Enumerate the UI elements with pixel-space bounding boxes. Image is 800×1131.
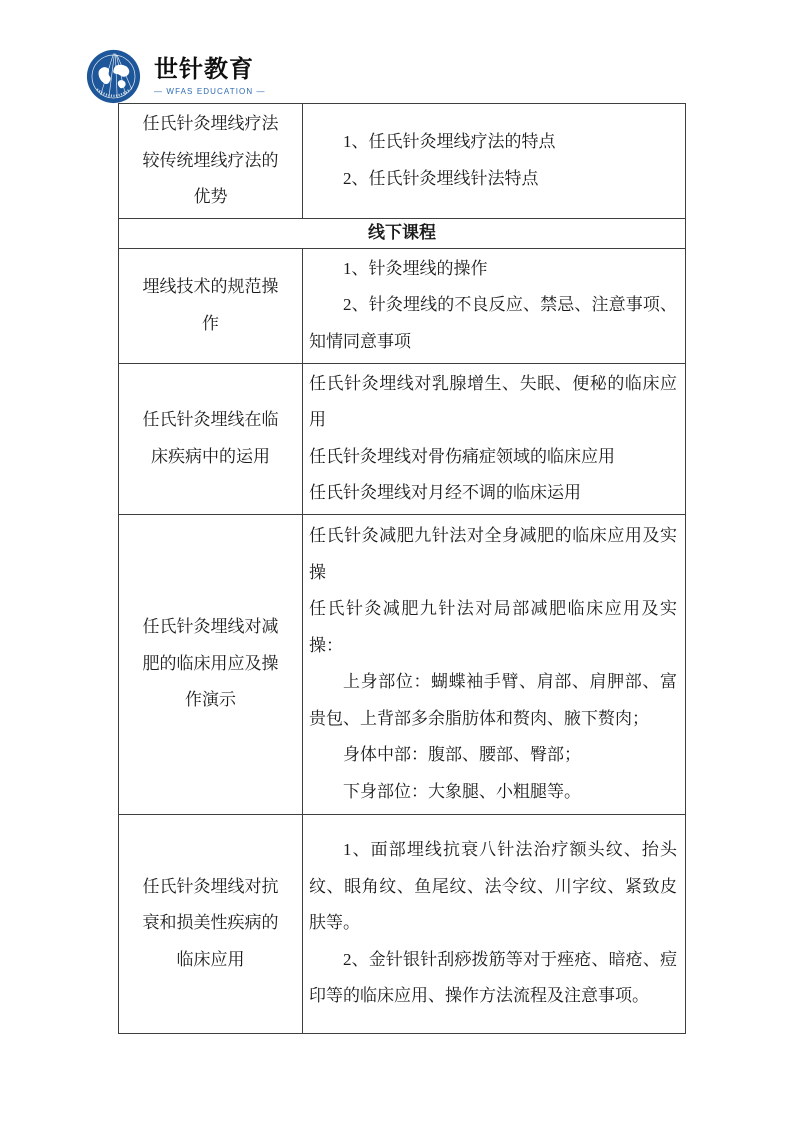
content-cell: 任氏针灸埋线对乳腺增生、失眠、便秘的临床应用 任氏针灸埋线对骨伤痛症领域的临床应… bbox=[303, 363, 686, 514]
content-item: 任氏针灸减肥九针法对局部减肥临床应用及实操： bbox=[309, 591, 677, 664]
content-item: 任氏针灸减肥九针法对全身减肥的临床应用及实操 bbox=[309, 518, 677, 591]
content-item: 上身部位：蝴蝶袖手臂、肩部、肩胛部、富贵包、上背部多余脂肪体和赘肉、腋下赘肉； bbox=[309, 664, 677, 737]
table-row-section-header: 线下课程 bbox=[119, 218, 686, 248]
table-row-standard-operation: 埋线技术的规范操作 1、针灸埋线的操作 2、针灸埋线的不良反应、禁忌、注意事项、… bbox=[119, 248, 686, 363]
logo-text: 世针教育 — WFAS EDUCATION — bbox=[154, 49, 266, 96]
content-cell: 任氏针灸减肥九针法对全身减肥的临床应用及实操 任氏针灸减肥九针法对局部减肥临床应… bbox=[303, 514, 686, 814]
content-item: 任氏针灸埋线对骨伤痛症领域的临床应用 bbox=[309, 439, 677, 476]
content-item: 任氏针灸埋线对月经不调的临床运用 bbox=[309, 475, 677, 512]
topic-cell: 任氏针灸埋线对抗衰和损美性疾病的临床应用 bbox=[119, 814, 303, 1033]
course-table: 任氏针灸埋线疗法较传统埋线疗法的优势 1、任氏针灸埋线疗法的特点 2、任氏针灸埋… bbox=[118, 103, 686, 1034]
content-item: 任氏针灸埋线对乳腺增生、失眠、便秘的临床应用 bbox=[309, 366, 677, 439]
topic-cell: 任氏针灸埋线疗法较传统埋线疗法的优势 bbox=[119, 104, 303, 219]
content-cell: 1、面部埋线抗衰八针法治疗额头纹、抬头纹、眼角纹、鱼尾纹、法令纹、川字纹、紧致皮… bbox=[303, 814, 686, 1033]
content-item: 1、面部埋线抗衰八针法治疗额头纹、抬头纹、眼角纹、鱼尾纹、法令纹、川字纹、紧致皮… bbox=[309, 832, 677, 942]
content-item: 1、任氏针灸埋线疗法的特点 bbox=[309, 124, 677, 161]
content-item: 2、任氏针灸埋线针法特点 bbox=[309, 161, 677, 198]
document-page: 世针教育 — WFAS EDUCATION — 任氏针灸埋线疗法较传统埋线疗法的… bbox=[0, 0, 800, 1131]
topic-cell: 任氏针灸埋线在临床疾病中的运用 bbox=[119, 363, 303, 514]
logo-subtitle: — WFAS EDUCATION — bbox=[154, 87, 266, 96]
content-cell: 1、任氏针灸埋线疗法的特点 2、任氏针灸埋线针法特点 bbox=[303, 104, 686, 219]
table-row-anti-aging: 任氏针灸埋线对抗衰和损美性疾病的临床应用 1、面部埋线抗衰八针法治疗额头纹、抬头… bbox=[119, 814, 686, 1033]
logo: 世针教育 — WFAS EDUCATION — bbox=[86, 49, 266, 104]
topic-cell: 任氏针灸埋线对减肥的临床用应及操作演示 bbox=[119, 514, 303, 814]
logo-title: 世针教育 bbox=[154, 56, 266, 84]
content-item: 2、金针银针刮痧拨筋等对于痤疮、暗疮、痘印等的临床应用、操作方法流程及注意事项。 bbox=[309, 942, 677, 1015]
content-item: 1、针灸埋线的操作 bbox=[309, 251, 677, 288]
table-row-weight-loss: 任氏针灸埋线对减肥的临床用应及操作演示 任氏针灸减肥九针法对全身减肥的临床应用及… bbox=[119, 514, 686, 814]
topic-cell: 埋线技术的规范操作 bbox=[119, 248, 303, 363]
wfas-globe-icon bbox=[86, 49, 141, 104]
table-row-advantages: 任氏针灸埋线疗法较传统埋线疗法的优势 1、任氏针灸埋线疗法的特点 2、任氏针灸埋… bbox=[119, 104, 686, 219]
content-item: 2、针灸埋线的不良反应、禁忌、注意事项、知情同意事项 bbox=[309, 287, 677, 360]
content-cell: 1、针灸埋线的操作 2、针灸埋线的不良反应、禁忌、注意事项、知情同意事项 bbox=[303, 248, 686, 363]
content-item: 身体中部：腹部、腰部、臀部； bbox=[309, 737, 677, 774]
section-header: 线下课程 bbox=[119, 218, 686, 248]
content-item: 下身部位：大象腿、小粗腿等。 bbox=[309, 774, 677, 811]
table-row-clinical-diseases: 任氏针灸埋线在临床疾病中的运用 任氏针灸埋线对乳腺增生、失眠、便秘的临床应用 任… bbox=[119, 363, 686, 514]
